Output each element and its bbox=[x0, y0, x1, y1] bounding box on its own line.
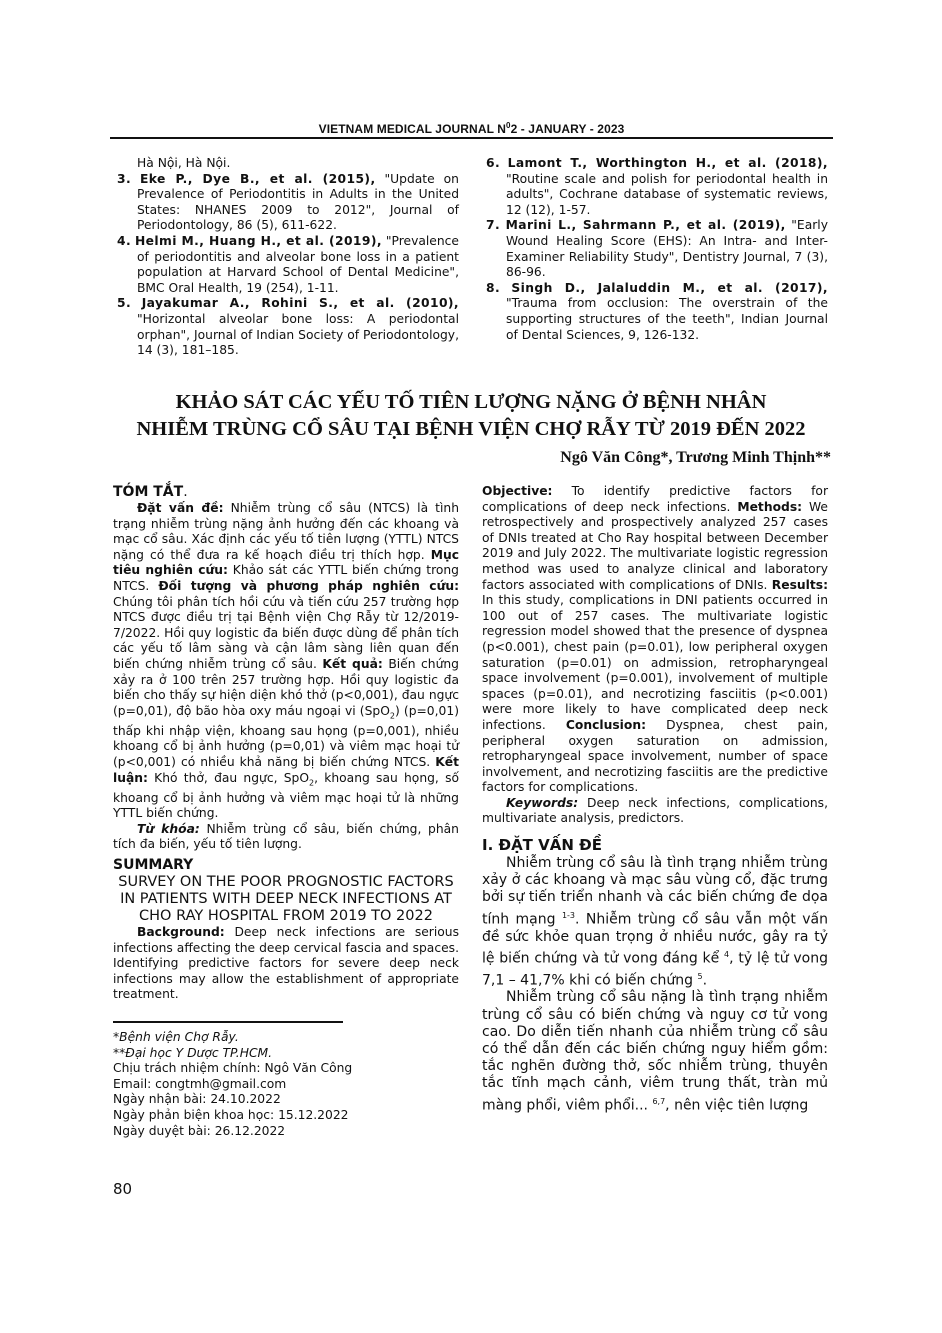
summary-keywords: Keywords: Deep neck infections, complica… bbox=[482, 796, 828, 827]
reference-item: 6. Lamont T., Worthington H., et al. (20… bbox=[482, 156, 828, 218]
section-1-paragraph-2: Nhiễm trùng cổ sâu nặng là tình trạng nh… bbox=[482, 989, 828, 1114]
references-left: Hà Nội, Hà Nội. 3. Eke P., Dye B., et al… bbox=[113, 156, 459, 359]
reference-item: 4. Helmi M., Huang H., et al. (2019), "P… bbox=[113, 234, 459, 296]
footnote-rule bbox=[113, 1021, 343, 1023]
journal-name: VIETNAM MEDICAL JOURNAL N bbox=[319, 122, 506, 136]
reference-authors: Marini L., Sahrmann P., et al. (2019), bbox=[506, 218, 786, 232]
reference-authors: Singh D., Jalaluddin M., et al. (2017), bbox=[511, 281, 828, 295]
header-rule bbox=[110, 137, 833, 139]
footnotes: *Bệnh viện Chợ Rẫy. **Đại học Y Dược TP.… bbox=[113, 1030, 352, 1139]
references-right: 6. Lamont T., Worthington H., et al. (20… bbox=[482, 156, 828, 343]
reference-authors: Helmi M., Huang H., et al. (2019), bbox=[135, 234, 382, 248]
article-title: KHẢO SÁT CÁC YẾU TỐ TIÊN LƯỢNG NẶNG Ở BỆ… bbox=[100, 389, 842, 443]
author-email: Email: congtmh@gmail.com bbox=[113, 1077, 352, 1093]
issue-date: 2 - JANUARY - 2023 bbox=[511, 122, 625, 136]
affiliation-2: **Đại học Y Dược TP.HCM. bbox=[113, 1046, 272, 1060]
abstract-right-column: Objective: To identify predictive factor… bbox=[482, 484, 828, 1115]
section-1-heading: I. ĐẶT VẤN ĐỀ bbox=[482, 835, 828, 855]
article-title-line-2: NHIỄM TRÙNG CỔ SÂU TẠI BỆNH VIỆN CHỢ RẪY… bbox=[100, 416, 842, 443]
reference-authors: Eke P., Dye B., et al. (2015), bbox=[140, 172, 376, 186]
summary-heading: SUMMARY bbox=[113, 857, 459, 874]
date-accepted: Ngày duyệt bài: 26.12.2022 bbox=[113, 1124, 352, 1140]
summary-background: Background: Deep neck infections are ser… bbox=[113, 925, 459, 1003]
reference-item: 8. Singh D., Jalaluddin M., et al. (2017… bbox=[482, 281, 828, 343]
section-1-paragraph-1: Nhiễm trùng cổ sâu là tình trạng nhiễm t… bbox=[482, 855, 828, 989]
summary-body: Objective: To identify predictive factor… bbox=[482, 484, 828, 796]
reference-continuation: Hà Nội, Hà Nội. bbox=[113, 156, 459, 172]
reference-item: 3. Eke P., Dye B., et al. (2015), "Updat… bbox=[113, 172, 459, 234]
page-number: 80 bbox=[113, 1180, 132, 1198]
article-title-line-1: KHẢO SÁT CÁC YẾU TỐ TIÊN LƯỢNG NẶNG Ở BỆ… bbox=[100, 389, 842, 416]
reference-item: 5. Jayakumar A., Rohini S., et al. (2010… bbox=[113, 296, 459, 358]
affiliation-1: *Bệnh viện Chợ Rẫy. bbox=[113, 1030, 239, 1044]
reference-authors: Jayakumar A., Rohini S., et al. (2010), bbox=[142, 296, 459, 310]
date-reviewed: Ngày phản biện khoa học: 15.12.2022 bbox=[113, 1108, 352, 1124]
reference-authors: Lamont T., Worthington H., et al. (2018)… bbox=[508, 156, 828, 170]
tom-tat-body: Đặt vấn đề: Nhiễm trùng cổ sâu (NTCS) là… bbox=[113, 501, 459, 822]
summary-title: SURVEY ON THE POOR PROGNOSTIC FACTORS IN… bbox=[113, 874, 459, 925]
date-received: Ngày nhận bài: 24.10.2022 bbox=[113, 1092, 352, 1108]
article-authors: Ngô Văn Công*, Trương Minh Thịnh** bbox=[560, 449, 831, 467]
tom-tat-heading: TÓM TẮT. bbox=[113, 484, 459, 501]
running-header: VIETNAM MEDICAL JOURNAL N02 - JANUARY - … bbox=[110, 121, 833, 136]
abstract-left-column: TÓM TẮT. Đặt vấn đề: Nhiễm trùng cổ sâu … bbox=[113, 484, 459, 1003]
tom-tat-keywords: Từ khóa: Nhiễm trùng cổ sâu, biến chứng,… bbox=[113, 822, 459, 853]
responsible-author: Chịu trách nhiệm chính: Ngô Văn Công bbox=[113, 1061, 352, 1077]
reference-item: 7. Marini L., Sahrmann P., et al. (2019)… bbox=[482, 218, 828, 280]
